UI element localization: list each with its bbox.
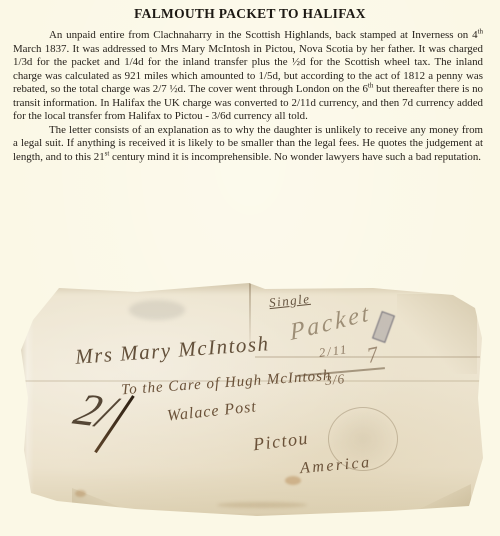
handwriting-packet-rate: 2/11 — [318, 342, 349, 361]
handwriting-care-of-line: To the Care of Hugh McIntosh — [121, 368, 332, 400]
paragraph: The letter consists of an explanation as… — [13, 124, 483, 165]
paper-stain — [285, 476, 301, 485]
circular-postmark — [328, 407, 398, 471]
envelope-corner-fold — [397, 294, 477, 374]
handwriting-destination: Pictou — [252, 428, 310, 456]
envelope-left-fold — [17, 305, 34, 501]
envelope-top-edge — [47, 280, 467, 294]
handwriting-rate-mark: 2/ — [67, 383, 122, 438]
ink-smudge — [129, 300, 185, 320]
page-title: FALMOUTH PACKET TO HALIFAX — [0, 6, 500, 22]
handwriting-single-mark: Single — [268, 291, 311, 311]
transit-stamp-mark — [372, 311, 395, 343]
handwriting-addressee: Mrs Mary McIntosh — [74, 331, 270, 370]
handwriting-seven-mark: 7 — [364, 341, 380, 369]
envelope-bottom-right-fold — [401, 484, 471, 518]
paper-stain — [217, 502, 307, 508]
description-text: An unpaid entire from Clachnaharry in th… — [13, 29, 483, 164]
paragraph: An unpaid entire from Clachnaharry in th… — [13, 29, 483, 124]
exhibit-page: FALMOUTH PACKET TO HALIFAX An unpaid ent… — [0, 0, 500, 536]
envelope-photo: Single Packet 2/11 7 3/6 Mrs Mary McInto… — [17, 280, 485, 520]
handwriting-route-line: Walace Post — [166, 398, 257, 425]
paper-stain — [75, 490, 86, 497]
